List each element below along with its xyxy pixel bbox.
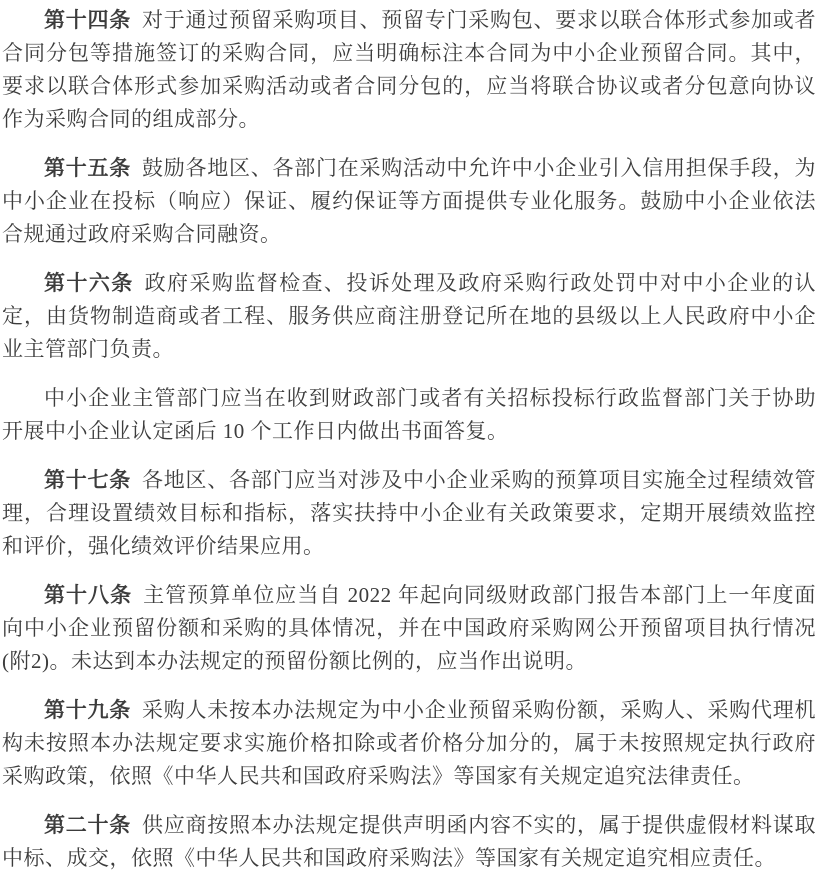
article-paragraph-14: 第十四条对于通过预留采购项目、预留专门采购包、要求以联合体形式参加或者合同分包等…	[2, 4, 816, 136]
article-paragraph-17: 第十七条各地区、各部门应当对涉及中小企业采购的预算项目实施全过程绩效管理，合理设…	[2, 464, 816, 563]
article-number: 第十五条	[44, 156, 131, 180]
article-text: 中小企业主管部门应当在收到财政部门或者有关招标投标行政监督部门关于协助开展中小企…	[2, 386, 816, 443]
article-paragraph-20: 第二十条供应商按照本办法规定提供声明函内容不实的，属于提供虚假材料谋取中标、成交…	[2, 809, 816, 875]
article-number: 第十四条	[44, 8, 131, 32]
article-number: 第十七条	[44, 468, 131, 492]
article-number: 第十九条	[44, 698, 131, 722]
document-page: 第十四条对于通过预留采购项目、预留专门采购包、要求以联合体形式参加或者合同分包等…	[0, 0, 818, 878]
article-number: 第二十条	[44, 813, 131, 837]
article-paragraph-19: 第十九条采购人未按本办法规定为中小企业预留采购份额，采购人、采购代理机构未按照本…	[2, 694, 816, 793]
article-paragraph-16: 第十六条政府采购监督检查、投诉处理及政府采购行政处罚中对中小企业的认定，由货物制…	[2, 267, 816, 366]
article-number: 第十六条	[44, 271, 134, 295]
article-paragraph-16-continuation: 中小企业主管部门应当在收到财政部门或者有关招标投标行政监督部门关于协助开展中小企…	[2, 382, 816, 448]
article-paragraph-18: 第十八条主管预算单位应当自 2022 年起向同级财政部门报告本部门上一年度面向中…	[2, 579, 816, 678]
article-number: 第十八条	[44, 583, 132, 607]
article-paragraph-15: 第十五条鼓励各地区、各部门在采购活动中允许中小企业引入信用担保手段，为中小企业在…	[2, 152, 816, 251]
